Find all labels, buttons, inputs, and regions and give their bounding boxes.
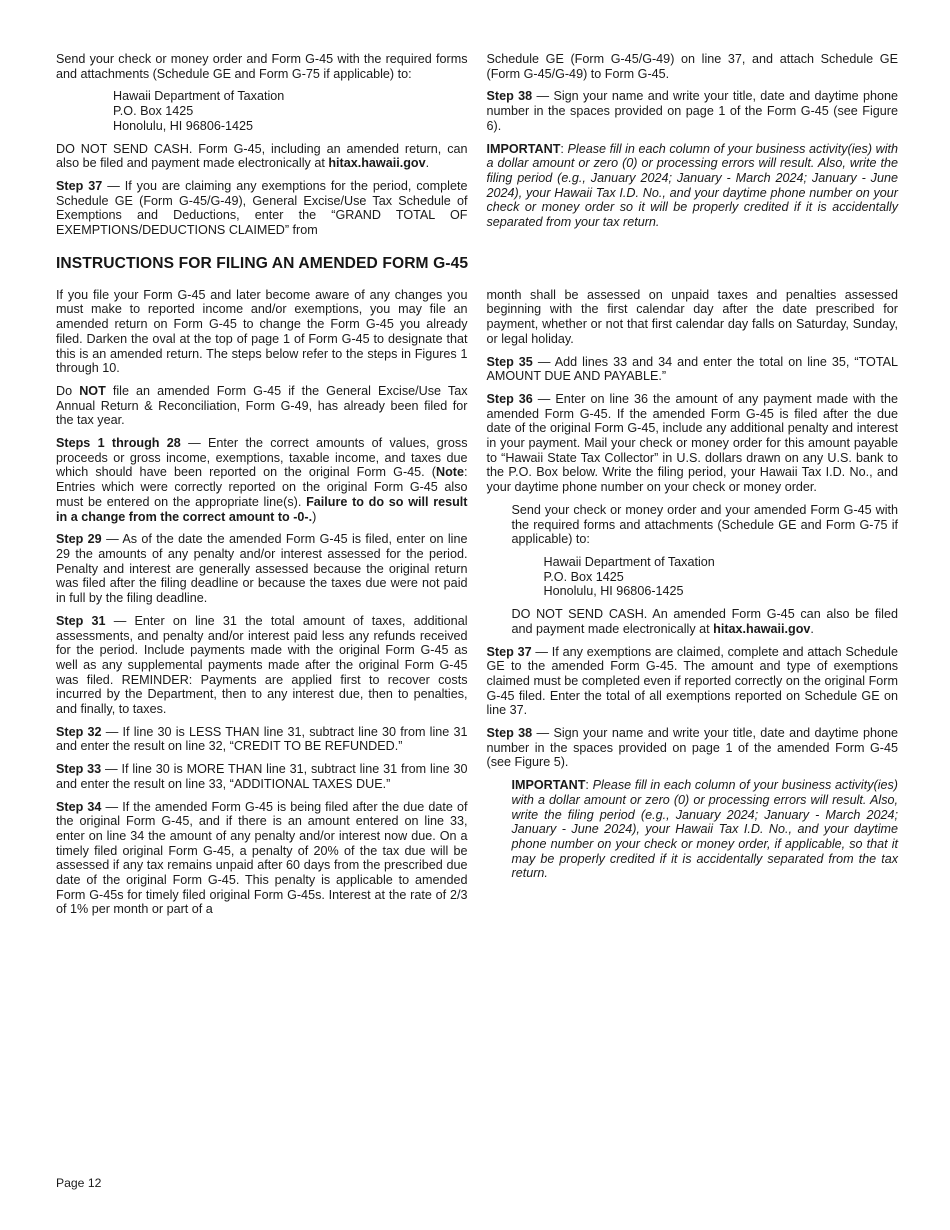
address-block: Hawaii Department of TaxationP.O. Box 14…: [544, 555, 899, 599]
bold-text-run: Step 37: [487, 645, 532, 659]
paragraph: Send your check or money order and your …: [512, 503, 899, 547]
paragraph: IMPORTANT: Please fill in each column of…: [512, 778, 899, 881]
paragraph: Send your check or money order and Form …: [56, 52, 468, 81]
top-section: Send your check or money order and Form …: [56, 52, 898, 246]
text-run: Send your check or money order and Form …: [56, 52, 468, 81]
italic-text-run: Please fill in each column of your busin…: [512, 778, 899, 880]
paragraph: Step 38 — Sign your name and write your …: [487, 726, 899, 770]
text-run: :: [560, 142, 567, 156]
paragraph: DO NOT SEND CASH. Form G-45, including a…: [56, 142, 468, 171]
text-run: — Enter on line 36 the amount of any pay…: [487, 392, 899, 494]
top-right-column: Schedule GE (Form G-45/G-49) on line 37,…: [487, 52, 899, 246]
page-content: Send your check or money order and Form …: [56, 52, 898, 925]
text-run: — If the amended Form G-45 is being file…: [56, 800, 468, 917]
bold-text-run: Step 34: [56, 800, 101, 814]
text-run: .: [426, 156, 430, 170]
bold-text-run: Step 29: [56, 532, 102, 546]
bold-text-run: Steps 1 through 28: [56, 436, 181, 450]
text-run: — Add lines 33 and 34 and enter the tota…: [487, 355, 899, 384]
text-run: — Sign your name and write your title, d…: [487, 726, 899, 769]
text-run: .: [810, 622, 814, 636]
paragraph: Step 33 — If line 30 is MORE THAN line 3…: [56, 762, 468, 791]
paragraph: Step 36 — Enter on line 36 the amount of…: [487, 392, 899, 495]
text-run: Send your check or money order and your …: [512, 503, 899, 546]
bold-text-run: Step 32: [56, 725, 102, 739]
section-heading: INSTRUCTIONS FOR FILING AN AMENDED FORM …: [56, 255, 898, 273]
paragraph: Step 37 — If you are claiming any exempt…: [56, 179, 468, 238]
text-run: — If line 30 is MORE THAN line 31, subtr…: [56, 762, 467, 791]
paragraph: Step 29 — As of the date the amended For…: [56, 532, 468, 606]
text-run: — As of the date the amended Form G-45 i…: [56, 532, 468, 605]
bold-text-run: Step 36: [487, 392, 533, 406]
document-page: Send your check or money order and Form …: [0, 0, 950, 1230]
text-run: — If you are claiming any exemptions for…: [56, 179, 468, 237]
body-left-column: If you file your Form G-45 and later bec…: [56, 288, 468, 925]
address-line: Honolulu, HI 96806-1425: [113, 119, 468, 134]
text-run: :: [585, 778, 592, 792]
address-block: Hawaii Department of TaxationP.O. Box 14…: [113, 89, 468, 133]
text-run: month shall be assessed on unpaid taxes …: [487, 288, 899, 346]
paragraph: DO NOT SEND CASH. An amended Form G-45 c…: [512, 607, 899, 636]
bold-text-run: Step 37: [56, 179, 102, 193]
paragraph: Step 37 — If any exemptions are claimed,…: [487, 645, 899, 719]
text-run: file an amended Form G-45 if the General…: [56, 384, 468, 427]
text-run: Schedule GE (Form G-45/G-49) on line 37,…: [487, 52, 899, 81]
top-left-column: Send your check or money order and Form …: [56, 52, 468, 246]
paragraph: month shall be assessed on unpaid taxes …: [487, 288, 899, 347]
address-line: P.O. Box 1425: [544, 570, 899, 585]
address-line: Hawaii Department of Taxation: [544, 555, 899, 570]
bold-text-run: Step 35: [487, 355, 533, 369]
bold-text-run: NOT: [79, 384, 106, 398]
bold-text-run: Step 38: [487, 726, 533, 740]
text-run: Do: [56, 384, 79, 398]
text-run: — Enter on line 31 the total amount of t…: [56, 614, 468, 716]
body-right-column: month shall be assessed on unpaid taxes …: [487, 288, 899, 925]
bold-text-run: Step 31: [56, 614, 106, 628]
paragraph: IMPORTANT: Please fill in each column of…: [487, 142, 899, 230]
paragraph: Step 38 — Sign your name and write your …: [487, 89, 899, 133]
bold-text-run: Step 38: [487, 89, 533, 103]
bold-text-run: IMPORTANT: [487, 142, 561, 156]
text-run: — Sign your name and write your title, d…: [487, 89, 899, 132]
text-run: DO NOT SEND CASH. An amended Form G-45 c…: [512, 607, 899, 636]
text-run: If you file your Form G-45 and later bec…: [56, 288, 468, 376]
body-section: If you file your Form G-45 and later bec…: [56, 288, 898, 925]
text-run: — If any exemptions are claimed, complet…: [487, 645, 899, 718]
address-line: P.O. Box 1425: [113, 104, 468, 119]
paragraph: Schedule GE (Form G-45/G-49) on line 37,…: [487, 52, 899, 81]
address-line: Honolulu, HI 96806-1425: [544, 584, 899, 599]
paragraph: Step 35 — Add lines 33 and 34 and enter …: [487, 355, 899, 384]
paragraph: Step 34 — If the amended Form G-45 is be…: [56, 800, 468, 918]
page-number: Page 12: [56, 1176, 101, 1190]
bold-text-run: hitax.hawaii.gov: [713, 622, 810, 636]
paragraph: If you file your Form G-45 and later bec…: [56, 288, 468, 376]
bold-text-run: Step 33: [56, 762, 101, 776]
paragraph: Do NOT file an amended Form G-45 if the …: [56, 384, 468, 428]
paragraph: Step 31 — Enter on line 31 the total amo…: [56, 614, 468, 717]
paragraph: Steps 1 through 28 — Enter the correct a…: [56, 436, 468, 524]
text-run: ): [312, 510, 316, 524]
paragraph: Step 32 — If line 30 is LESS THAN line 3…: [56, 725, 468, 754]
text-run: — If line 30 is LESS THAN line 31, subtr…: [56, 725, 467, 754]
address-line: Hawaii Department of Taxation: [113, 89, 468, 104]
bold-text-run: hitax.hawaii.gov: [328, 156, 425, 170]
bold-text-run: IMPORTANT: [512, 778, 586, 792]
bold-text-run: Note: [436, 465, 464, 479]
